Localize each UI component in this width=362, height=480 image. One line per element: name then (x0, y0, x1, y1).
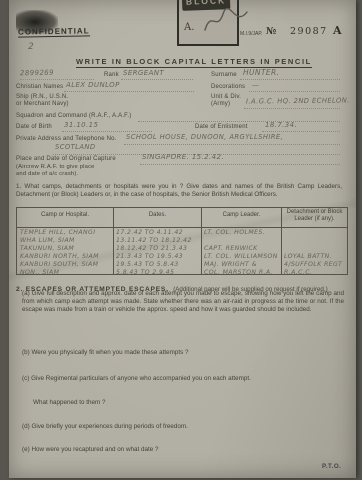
serial-suffix: A (333, 24, 342, 37)
table-header-dates: Dates. (114, 212, 201, 219)
field-capture-label: Place and Date of Original Capture (16, 156, 116, 162)
table-header-detachment: Detachment or Block Leader (if any). (282, 209, 347, 223)
table-row-leader: MAJ. WRIGHT & (204, 261, 257, 268)
table-row-leader: COL. MARSTON R.A. (204, 269, 273, 276)
confidential-stamp: CONFIDENTIAL (18, 26, 90, 37)
question-c: (c) Give Regimental particulars of anyon… (22, 375, 342, 383)
stamp-letter: A. (184, 22, 194, 33)
table-row-camp: WHA LUM, SIAM (20, 237, 75, 244)
table-row-camp: TAKUNUN, SIAM (20, 245, 74, 252)
camps-table: Camp or Hospital. Dates. Camp Leader. De… (16, 207, 348, 275)
table-row-camp: KANBURI NORTH, SIAM (20, 253, 99, 260)
table-row-leader: CAPT. RENWICK (204, 245, 258, 252)
field-rule (20, 71, 94, 80)
question-b: (b) Were you physically fit when you mad… (22, 349, 342, 357)
table-row-dates: 17.2.42 TO 4.11.42 (116, 229, 183, 236)
question-c2: What happened to them ? (33, 399, 333, 407)
table-header-camp: Camp or Hospital. (17, 212, 113, 219)
field-surname-label: Surname (211, 72, 237, 78)
field-rule (140, 156, 340, 165)
section1-question: 1. What camps, detachments or hospitals … (16, 183, 342, 199)
serial-no-label: № (266, 26, 276, 37)
field-ship-label: Ship (R.N., U.S.N. or Merchant Navy) (16, 94, 69, 108)
field-rank-label: Rank (104, 72, 119, 78)
question-a: (a) Give full description and approx. da… (22, 290, 344, 314)
table-row-detachment: LOYAL BATTN. (284, 253, 332, 260)
mi9-reference: M.I.9/JAP. (240, 31, 262, 37)
table-row-dates: 21.3.43 TO 19.5.43 (116, 253, 183, 260)
block-stamp-text: BLOCK (186, 0, 227, 7)
field-rule (62, 123, 152, 132)
table-row-camp: KANBURI SOUTH, SIAM (20, 261, 98, 268)
field-rule (244, 100, 340, 109)
field-dob-label: Date of Birth (16, 124, 52, 130)
pencil-page-number: 2 (28, 42, 34, 52)
table-row-dates: 5.8.43 TO 2.9.45 (116, 269, 174, 276)
table-header-rule (17, 227, 347, 228)
field-rule (138, 113, 340, 122)
field-unit-label: Unit & Div. (Army) (211, 94, 241, 108)
field-rule (249, 83, 340, 92)
table-row-leader: LT. COL. HOLMES. (204, 229, 265, 236)
field-decorations-label: Decorations (211, 84, 245, 90)
confidential-stamp-text: CONFIDENTIAL (18, 26, 90, 36)
table-row-dates: 13.11.42 TO 18.12.42 (116, 237, 192, 244)
table-row-camp: TEMPLE HILL, CHANGI (20, 229, 95, 236)
field-rule (64, 83, 194, 92)
field-rule (262, 123, 340, 132)
question-d: (d) Give briefly your experiences during… (22, 423, 342, 431)
field-address-label: Private Address and Telephone No. (16, 136, 117, 142)
table-row-detachment: R.A.C.C. (284, 269, 312, 276)
table-row-camp: NON., SIAM (20, 269, 59, 276)
field-christian-label: Christian Names (16, 84, 63, 90)
table-row-dates: 18.12.42 TO 21.3.43 (116, 245, 187, 252)
field-capture-sublabel: (Aircrew R.A.F. to give place and date o… (16, 164, 95, 178)
censor-stamp-box: BLOCK A. (177, 0, 239, 46)
table-header-leader: Camp Leader. (202, 212, 281, 219)
field-rule (121, 71, 193, 80)
scanned-pow-questionnaire: { "colors": { "paper": "#b2afa4", "ink":… (0, 0, 362, 480)
field-enlistment-label: Date of Enlistment (195, 124, 248, 130)
page-title: WRITE IN BLOCK CAPITAL LETTERS IN PENCIL (76, 57, 312, 68)
table-row-leader: LT. COL. WILLIAMSON (204, 253, 278, 260)
field-rule (240, 71, 340, 80)
question-e: (e) How were you recaptured and on what … (22, 446, 342, 454)
pto-note: P.T.O. (322, 463, 341, 470)
field-squadron-label: Squadron and Command (R.A.F., A.A.F.) (16, 113, 131, 119)
table-row-dates: 19.5.43 TO 5.8.43 (116, 261, 179, 268)
field-rule (124, 136, 340, 145)
serial-number: 29087 (290, 26, 328, 37)
table-row-detachment: 4/SUFFOLK REGT (284, 261, 342, 268)
